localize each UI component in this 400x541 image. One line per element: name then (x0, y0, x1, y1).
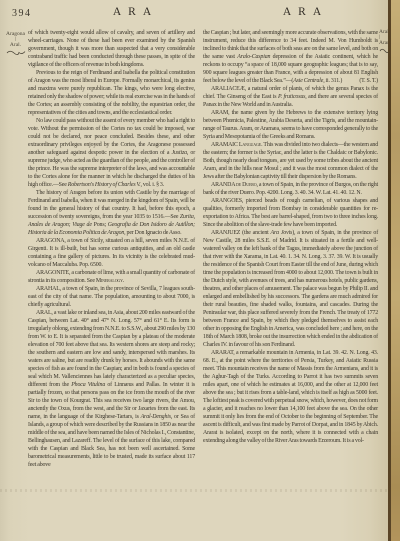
paragraph: ARAM, the name given by the Hebrews to t… (203, 109, 378, 141)
paragraph: ARAL, a vast lake or inland sea, in Asia… (28, 309, 195, 469)
paragraph: ARARAT, a remarkable mountain in Armenia… (203, 349, 378, 445)
scan-artifact-band (0, 489, 391, 492)
paragraph: The history of Aragon before its union w… (28, 189, 195, 237)
paragraph: ARAHAL, a town of Spain, in the province… (28, 285, 195, 309)
paragraph: No law could pass without the assent of … (28, 117, 195, 189)
paragraph: ARANDA de Duero, a town of Spain, in the… (203, 181, 378, 197)
text-column-left: of which twenty-eight would allow of cav… (28, 29, 195, 469)
sidenote-left: Aragona | Aral. (3, 31, 28, 56)
paragraph: Previous to the reign of Ferdinand and I… (28, 69, 195, 117)
paragraph: ARANGOES, pierced beads of rough carneli… (203, 197, 378, 229)
paragraph: ARAGONITE, a carbonate of lime, with a s… (28, 269, 195, 285)
page-number: 394 (12, 8, 32, 19)
paragraph: of which twenty-eight would allow of cav… (28, 29, 195, 69)
paragraph: the Caspian ; but later, and seemingly m… (203, 29, 378, 85)
running-head-right: ARA (262, 6, 342, 18)
sidenote-left-bottom: Aral. (3, 42, 28, 49)
paragraph: ARAMAIC Language. This was divided into … (203, 141, 378, 181)
book-edge-strip (391, 0, 400, 541)
book-page: 394 ARA ARA Aragona | Aral. Araliaceæ | … (0, 0, 400, 541)
running-head-left: ARA (92, 6, 172, 18)
sidenote-flourish-icon (6, 49, 26, 56)
text-column-right: the Caspian ; but later, and seemingly m… (203, 29, 378, 445)
paragraph: ARALIACEÆ, a natural order of plants, of… (203, 85, 378, 109)
paragraph: ARAGONA, a town of Sicily, situated on a… (28, 237, 195, 269)
paragraph: ARANJUEZ (the ancient Ara Jovis), a town… (203, 229, 378, 349)
